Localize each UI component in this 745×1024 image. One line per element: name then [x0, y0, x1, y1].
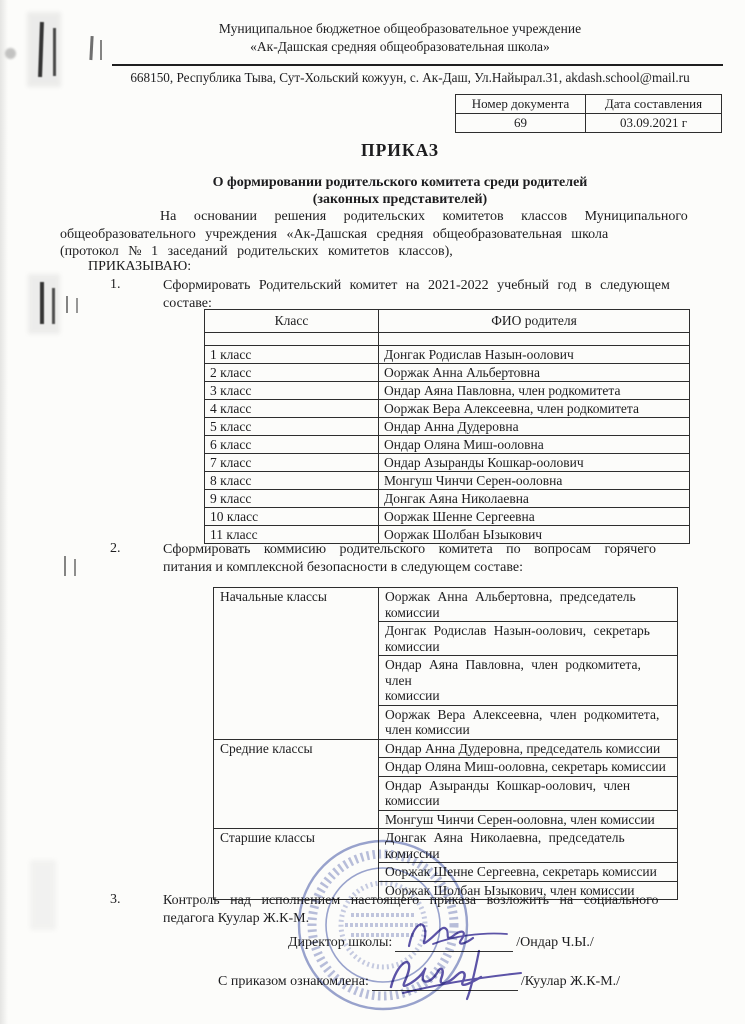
class-cell: 9 класс: [205, 490, 379, 508]
scanned-order-document: Муниципальное бюджетное общеобразователь…: [0, 0, 745, 1024]
table-row: Средние классыОндар Анна Дудеровна, пред…: [214, 739, 678, 758]
parent-cell: Ооржак Шенне Сергеевна: [379, 508, 690, 526]
table-row: 1 классДонгак Родислав Назын-оолович: [205, 346, 690, 364]
member-cell: Ондар Аяна Павловна, член родкомитета, ч…: [379, 656, 678, 706]
parent-cell: Донгак Аяна Николаевна: [379, 490, 690, 508]
scan-artifact: [52, 288, 55, 324]
org-address: 668150, Республика Тыва, Сут-Хольский ко…: [100, 70, 720, 86]
member-cell: Ондар Оляна Миш-ооловна, секретарь комис…: [379, 758, 678, 777]
member-cell: Ооржак Вера Алексеевна, член родкомитета…: [379, 705, 678, 739]
class-cell: 4 класс: [205, 400, 379, 418]
parent-cell: Ондар Оляна Миш-ооловна: [379, 436, 690, 454]
parent-cell: Ондар Азыранды Кошкар-оолович: [379, 454, 690, 472]
member-cell: Ондар Анна Дудеровна, председатель комис…: [379, 739, 678, 758]
committee-table: Класс ФИО родителя 1 классДонгак Родисла…: [204, 309, 690, 544]
member-cell: Монгуш Чинчи Серен-ооловна, член комисси…: [379, 810, 678, 829]
committee-col1-header: Класс: [205, 310, 379, 333]
preamble-paragraph: На основании решения родительских комите…: [60, 208, 706, 261]
table-row: 4 классОоржак Вера Алексеевна, член родк…: [205, 400, 690, 418]
item-1-number: 1.: [110, 277, 140, 293]
parent-cell: Ондар Аяна Павловна, член родкомитета: [379, 382, 690, 400]
org-name-line2: «Ак-Дашская средняя общеобразовательная …: [55, 38, 745, 55]
parent-cell: Монгуш Чинчи Серен-ооловна: [379, 472, 690, 490]
member-cell: Донгак Родислав Назын-оолович, секретарь…: [379, 622, 678, 656]
header-divider: [112, 64, 723, 66]
item-2-text: Сформировать коммисию родительского коми…: [163, 541, 705, 576]
parent-cell: Донгак Родислав Назын-оолович: [379, 346, 690, 364]
scan-artifact: [74, 559, 76, 576]
member-cell: Ондар Азыранды Кошкар-оолович, член коми…: [379, 776, 678, 810]
parent-cell: Ооржак Анна Альбертовна: [379, 364, 690, 382]
class-cell: 8 класс: [205, 472, 379, 490]
committee-col2-header: ФИО родителя: [379, 310, 690, 333]
scan-artifact: [64, 556, 66, 576]
item-2-number: 2.: [110, 541, 140, 557]
table-row: 9 классДонгак Аяна Николаевна: [205, 490, 690, 508]
scan-artifact: [5, 48, 16, 59]
page-title: ПРИКАЗ: [55, 140, 745, 161]
scan-artifact: [38, 22, 43, 77]
doc-number-value: 69: [456, 114, 586, 133]
table-row: 10 классОоржак Шенне Сергеевна: [205, 508, 690, 526]
table-row: 3 классОндар Аяна Павловна, член родкоми…: [205, 382, 690, 400]
resolve-word: ПРИКАЗЫВАЮ:: [88, 259, 191, 275]
member-cell: Ооржак Анна Альбертовна, председатель ко…: [379, 588, 678, 622]
table-row: Начальные классыОоржак Анна Альбертовна,…: [214, 588, 678, 622]
scan-artifact: [30, 860, 56, 930]
acknowledged-signature-name: /Куулар Ж.К-М./: [521, 973, 620, 991]
table-row: 2 классОоржак Анна Альбертовна: [205, 364, 690, 382]
group-label: Средние классы: [214, 739, 379, 829]
table-row: 8 классМонгуш Чинчи Серен-ооловна: [205, 472, 690, 490]
doc-date-value: 03.09.2021 г: [586, 114, 722, 133]
doc-date-header: Дата составления: [586, 95, 722, 114]
class-cell: 3 класс: [205, 382, 379, 400]
group-label: Начальные классы: [214, 588, 379, 740]
org-name-line1: Муниципальное бюджетное общеобразователь…: [55, 20, 745, 37]
class-cell: 1 класс: [205, 346, 379, 364]
empty-cell: [379, 333, 690, 346]
acknowledged-handwritten-signature: [383, 943, 528, 1003]
table-row: 6 классОндар Оляна Миш-ооловна: [205, 436, 690, 454]
table-row: 7 классОндар Азыранды Кошкар-оолович: [205, 454, 690, 472]
doc-info-table: Номер документа Дата составления 69 03.0…: [455, 94, 722, 133]
scan-artifact: [76, 298, 78, 313]
scan-artifact: [28, 274, 60, 334]
scan-artifact: [40, 282, 44, 324]
scan-artifact: [66, 296, 68, 313]
class-cell: 10 класс: [205, 508, 379, 526]
doc-number-header: Номер документа: [456, 95, 586, 114]
class-cell: 7 класс: [205, 454, 379, 472]
table-row: 5 классОндар Анна Дудеровна: [205, 418, 690, 436]
subject-line2: (законных представителей): [55, 192, 745, 208]
parent-cell: Ондар Анна Дудеровна: [379, 418, 690, 436]
empty-cell: [205, 333, 379, 346]
item-3-number: 3.: [110, 892, 140, 908]
scan-edge-shading: [0, 0, 8, 1024]
class-cell: 2 класс: [205, 364, 379, 382]
item-1-text: Сформировать Родительский комитет на 202…: [163, 277, 705, 312]
parent-cell: Ооржак Вера Алексеевна, член родкомитета: [379, 400, 690, 418]
subject-line1: О формировании родительского комитета ср…: [55, 175, 745, 191]
class-cell: 5 класс: [205, 418, 379, 436]
class-cell: 6 класс: [205, 436, 379, 454]
